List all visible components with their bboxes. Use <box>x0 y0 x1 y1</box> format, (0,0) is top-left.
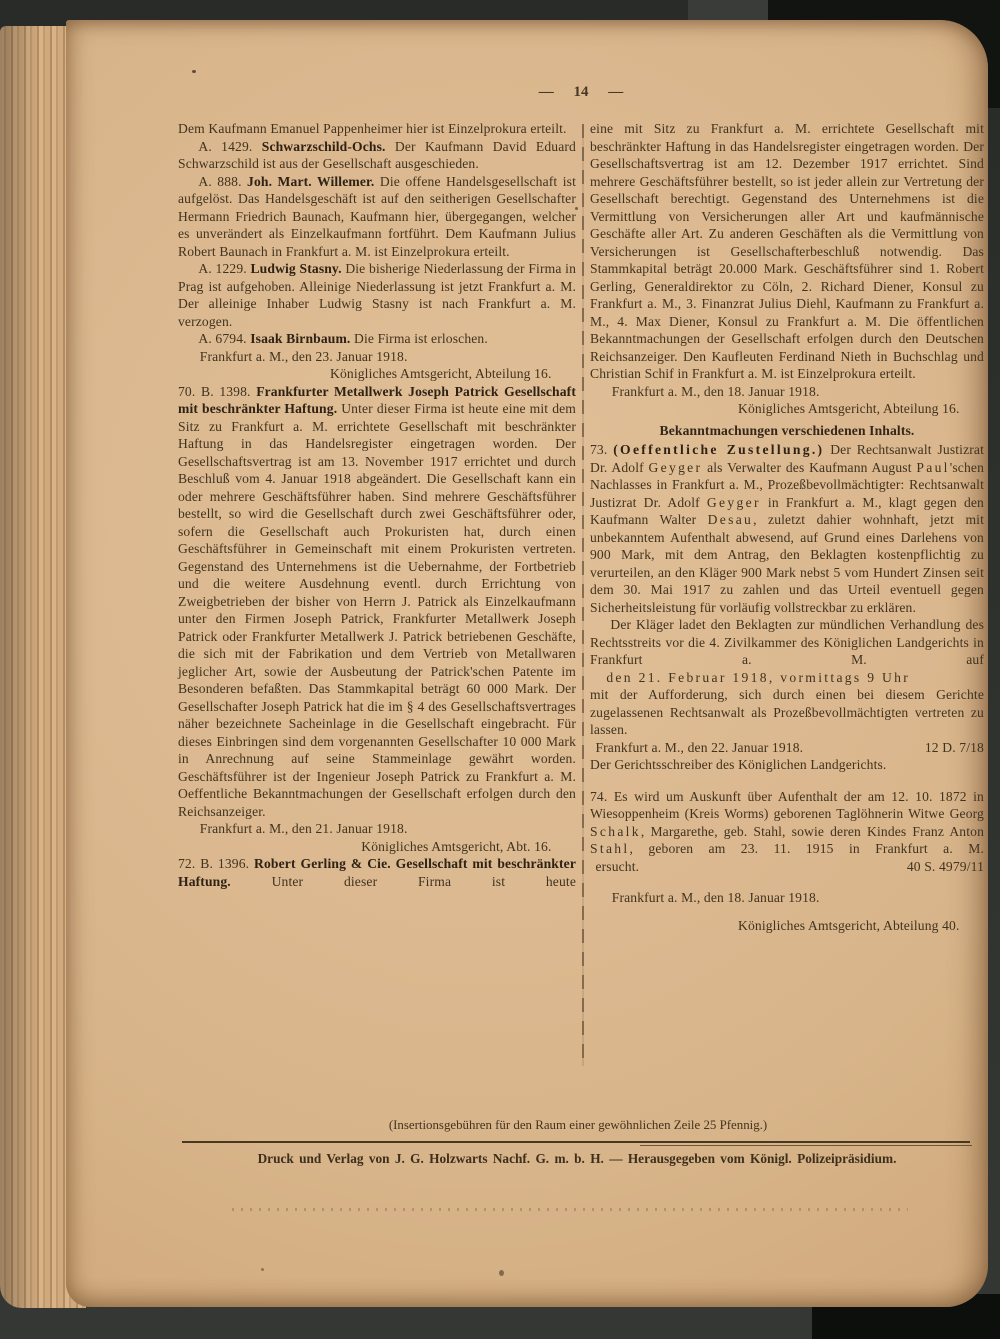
paragraph-left-11: 72. B. 1396. Robert Gerling & Cie. Gesel… <box>178 855 576 890</box>
paragraph-right-9: Frankfurt a. M., den 22. Januar 1918.12 … <box>590 739 984 757</box>
column-left: Dem Kaufmann Emanuel Pappenheimer hier i… <box>178 120 576 934</box>
paragraph-left-9: Frankfurt a. M., den 21. Januar 1918. <box>178 820 576 838</box>
paragraph-right-3: Königliches Amtsgericht, Abteilung 16. <box>590 400 984 418</box>
ink-speck <box>499 1270 504 1276</box>
column-right: eine mit Sitz zu Frankfurt a. M. erricht… <box>590 120 984 934</box>
paragraph-right-5: 73. (Oeffentliche Zustellung.) Der Recht… <box>590 441 984 616</box>
paragraph-left-6: Frankfurt a. M., den 23. Januar 1918. <box>178 348 576 366</box>
paragraph-right-4: Bekanntmachungen verschiedenen Inhalts. <box>590 422 984 440</box>
paragraph-left-3: A. 888. Joh. Mart. Willemer. Die offene … <box>178 173 576 261</box>
text-area: Dem Kaufmann Emanuel Pappenheimer hier i… <box>178 120 984 934</box>
paragraph-right-2: Frankfurt a. M., den 18. Januar 1918. <box>590 383 984 401</box>
paragraph-right-10: Der Gerichtsschreiber des Königlichen La… <box>590 756 984 774</box>
column-divider-rule <box>582 124 584 1066</box>
paragraph-right-6: Der Kläger ladet den Beklagten zur mündl… <box>590 616 984 669</box>
footer-rule-secondary <box>640 1145 972 1146</box>
footer-insertion-note: (Insertionsgebühren für den Raum einer g… <box>178 1118 978 1133</box>
paragraph-right-14: Königliches Amtsgericht, Abteilung 40. <box>590 917 984 935</box>
paragraph-left-10: Königliches Amtsgericht, Abt. 16. <box>178 838 576 856</box>
paragraph-right-1: eine mit Sitz zu Frankfurt a. M. erricht… <box>590 120 984 383</box>
paragraph-left-7: Königliches Amtsgericht, Abteilung 16. <box>178 365 576 383</box>
paragraph-left-8: 70. B. 1398. Frankfurter Metallwerk Jose… <box>178 383 576 821</box>
paragraph-right-12: ersucht.40 S. 4979/11 <box>590 858 984 876</box>
ink-speck <box>192 70 196 73</box>
page-number: — 14 — <box>178 84 984 101</box>
paragraph-right-8: mit der Aufforderung, sich durch einen b… <box>590 686 984 739</box>
bleed-through-line <box>232 1208 908 1211</box>
paragraph-left-4: A. 1229. Ludwig Stasny. Die bisherige Ni… <box>178 260 576 330</box>
paragraph-right-11: 74. Es wird um Auskunft über Aufenthalt … <box>590 788 984 858</box>
paragraph-right-13: Frankfurt a. M., den 18. Januar 1918. <box>590 889 984 907</box>
paragraph-left-2: A. 1429. Schwarzschild-Ochs. Der Kaufman… <box>178 138 576 173</box>
paragraph-right-7: den 21. Februar 1918, vormittags 9 Uhr <box>590 669 984 687</box>
ink-speck <box>261 1268 264 1271</box>
paragraph-left-5: A. 6794. Isaak Birnbaum. Die Firma ist e… <box>178 330 576 348</box>
paragraph-left-1: Dem Kaufmann Emanuel Pappenheimer hier i… <box>178 120 576 138</box>
footer-rule <box>182 1141 970 1143</box>
ink-speck <box>575 207 578 210</box>
footer-imprint: Druck und Verlag von J. G. Holzwarts Nac… <box>170 1151 984 1167</box>
